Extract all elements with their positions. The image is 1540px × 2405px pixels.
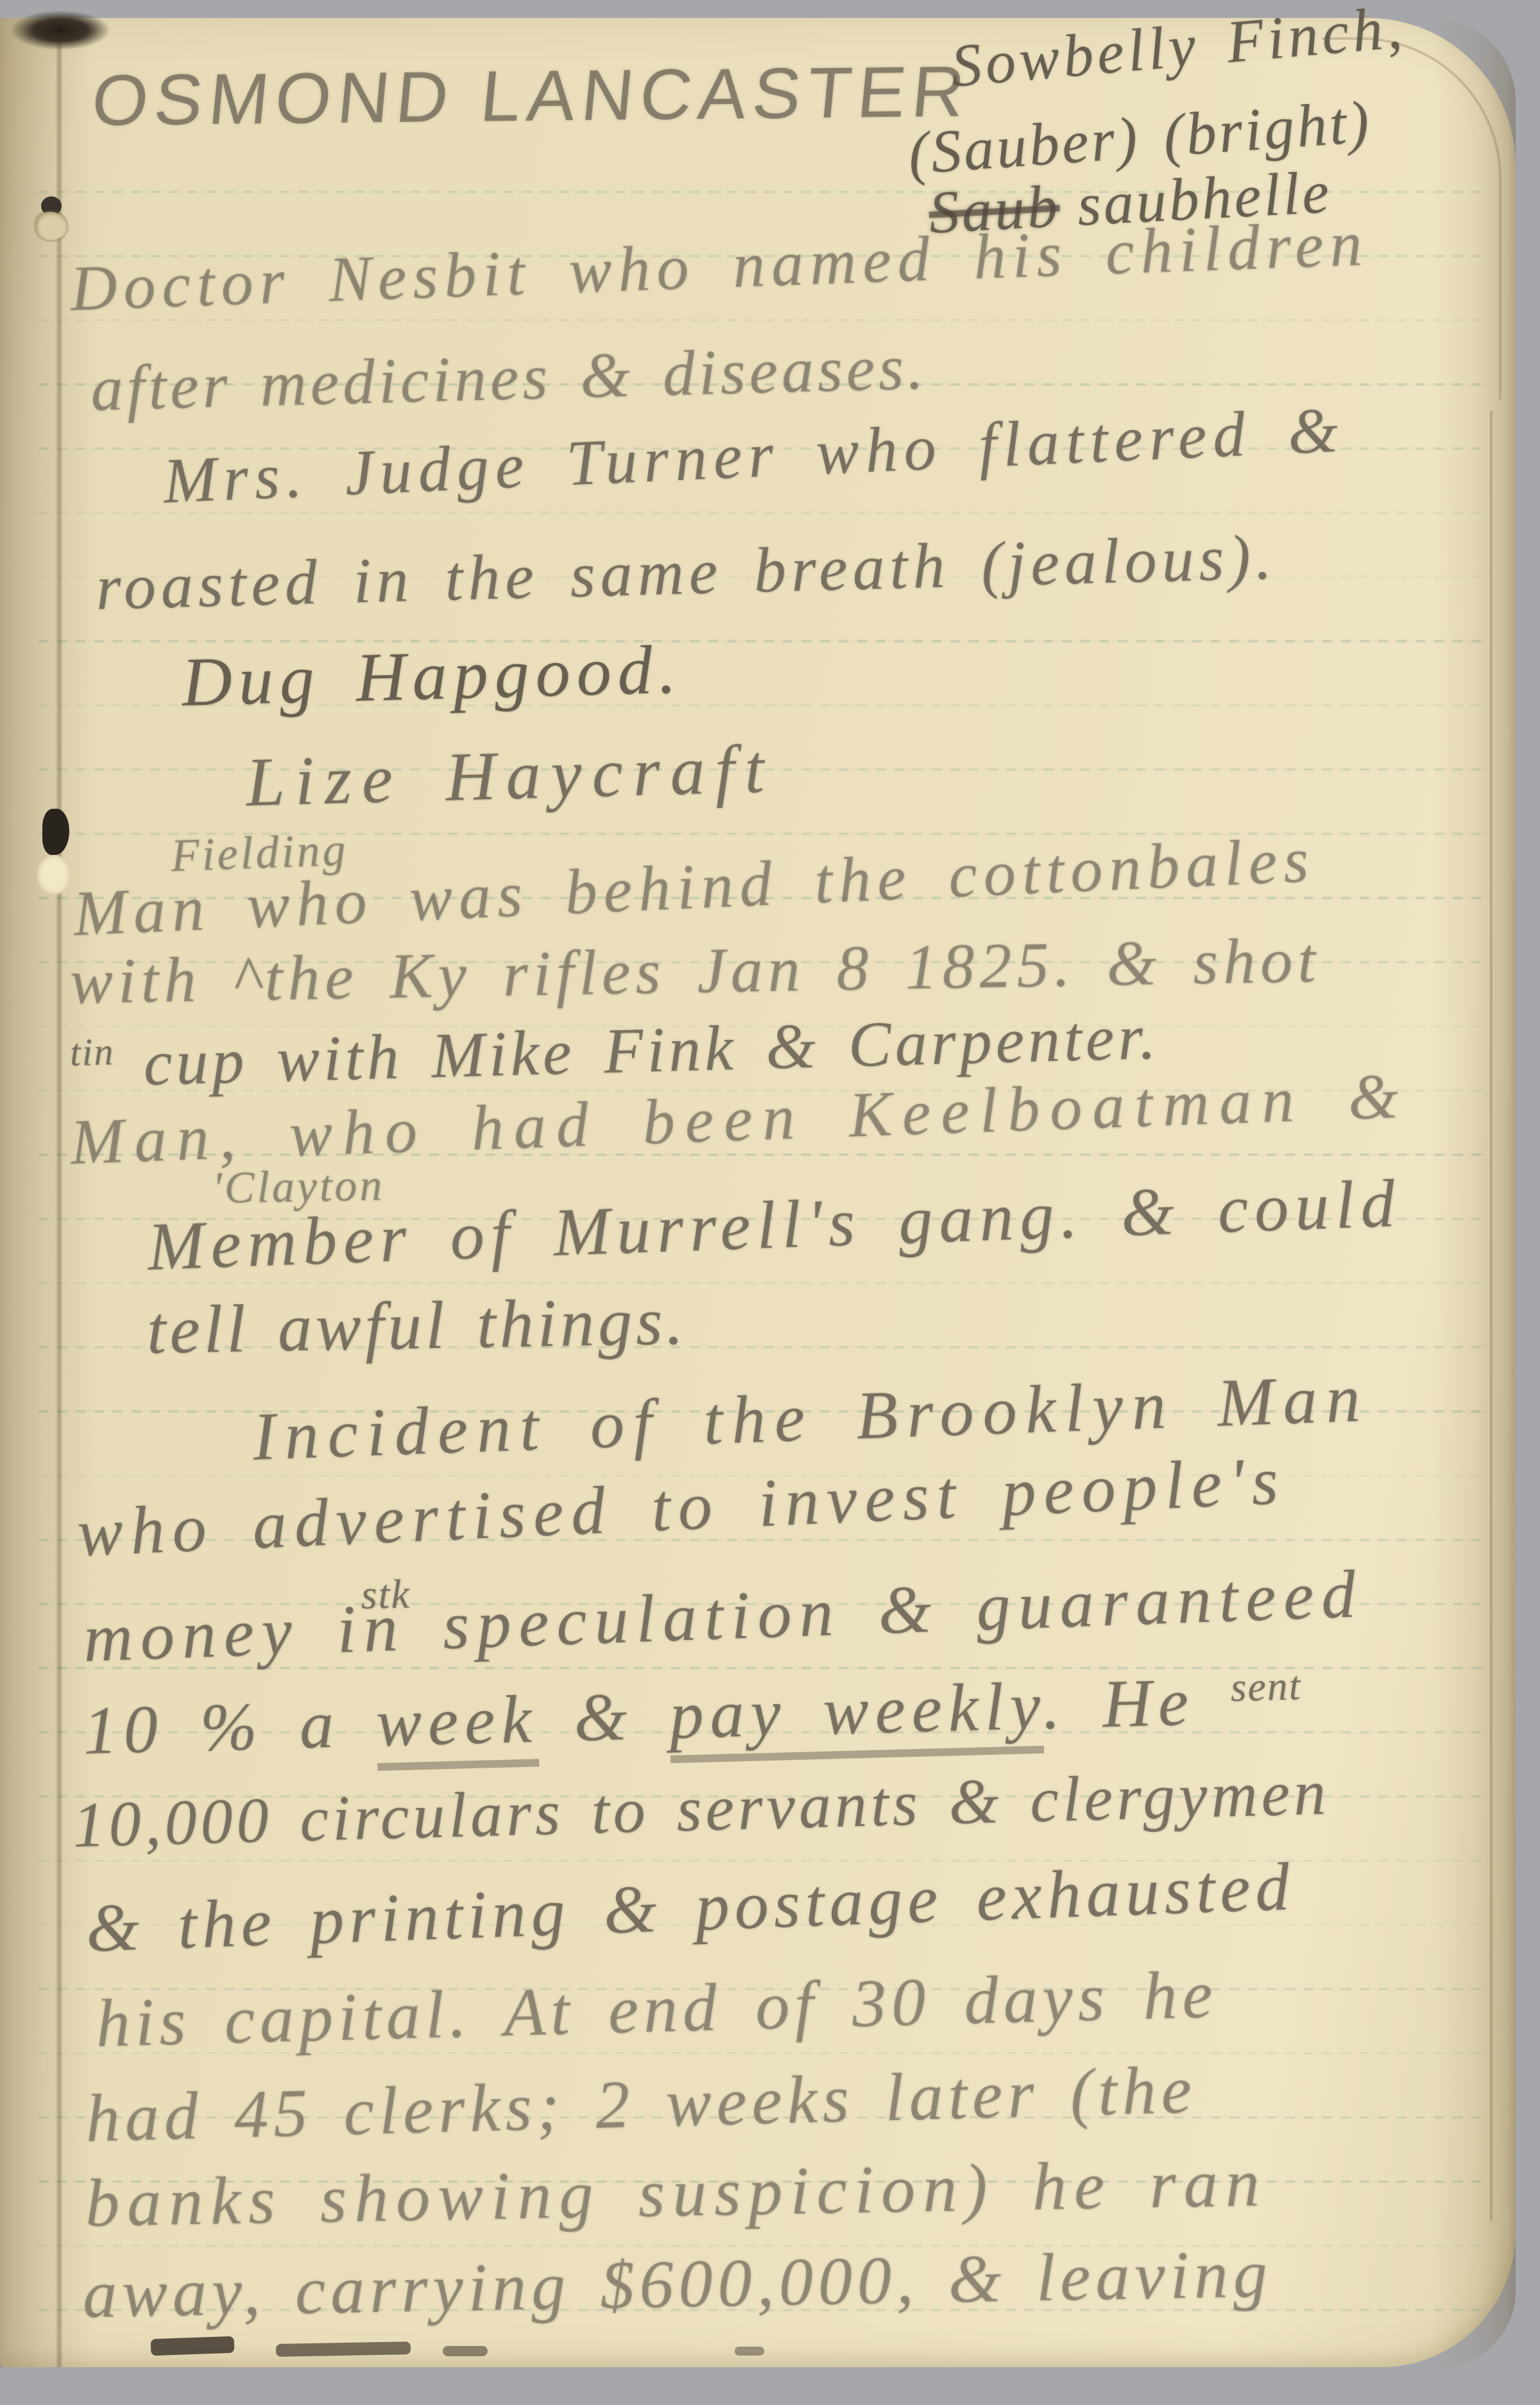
hw-lize-haycraft: Lize Haycraft <box>245 729 775 822</box>
bottom-edge-smudge <box>735 2347 764 2356</box>
notebook-photo: { "photo": { "background_color": "#a6a7a… <box>0 0 1540 2405</box>
binding-notch <box>10 10 110 50</box>
hw-and: & <box>536 1678 670 1756</box>
hw-murrells-gang-2: tell awful things. <box>146 1282 688 1370</box>
bottom-edge-smudge <box>276 2341 411 2357</box>
hw-he: . He <box>1042 1663 1232 1743</box>
binding-thread-knot <box>36 212 67 240</box>
bottom-edge-smudge <box>443 2346 488 2356</box>
gutter-shadow <box>0 18 96 2367</box>
hw-sent-insert: sent <box>1230 1662 1302 1710</box>
ruled-line <box>38 319 1487 322</box>
hw-week-underlined: week <box>375 1681 539 1771</box>
bottom-edge-smudge <box>151 2336 235 2356</box>
paper-chip <box>37 855 71 895</box>
page-edge-line <box>1490 411 1493 2221</box>
hw-ten-percent: 10 % a <box>82 1685 377 1768</box>
hw-tin-insert: tin <box>69 1030 115 1074</box>
gutter-crease <box>55 18 63 2367</box>
hw-title-osmond-lancaster: OSMOND LANCASTER <box>89 50 975 142</box>
hw-pay-weekly-underlined: pay weekly <box>669 1668 1044 1763</box>
hw-dug-hapgood: Dug Hapgood. <box>181 630 683 723</box>
